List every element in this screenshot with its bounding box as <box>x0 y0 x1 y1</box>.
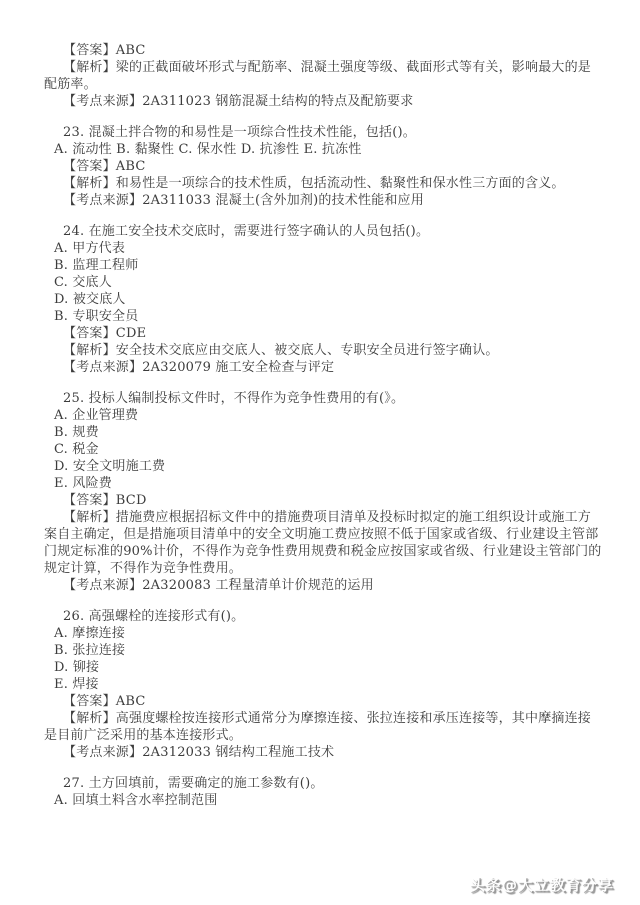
source-line: 【考点来源】2A320083 工程量清单计价规范的运用 <box>44 577 612 594</box>
option-line: A. 流动性 B. 黏聚性 C. 保水性 D. 抗渗性 E. 抗冻性 <box>44 141 612 158</box>
option-line: B. 张拉连接 <box>44 642 612 659</box>
option-line: C. 税金 <box>44 441 612 458</box>
question-line: 24. 在施工安全技术交底时，需要进行签字确认的人员包括()。 <box>44 223 612 240</box>
analysis-line: 【解析】安全技术交底应由交底人、被交底人、专职安全员进行签字确认。 <box>44 342 612 359</box>
qa-block-tail: 【答案】ABC【解析】梁的正截面破坏形式与配筋率、混凝土强度等级、截面形式等有关… <box>44 42 612 110</box>
analysis-line: 【解析】和易性是一项综合的技术性质，包括流动性、黏聚性和保水性三方面的含义。 <box>44 175 612 192</box>
question-line: 23. 混凝土拌合物的和易性是一项综合性技术性能，包括()。 <box>44 124 612 141</box>
answer-line: 【答案】BCD <box>44 492 612 509</box>
option-line: A. 甲方代表 <box>44 240 612 257</box>
watermark: 头条@大立教育分享 <box>470 874 614 895</box>
qa-block-23: 23. 混凝土拌合物的和易性是一项综合性技术性能，包括()。A. 流动性 B. … <box>44 124 612 209</box>
analysis-line: 【解析】措施费应根据招标文件中的措施费项目清单及投标时拟定的施工组织设计或施工方 <box>44 509 612 526</box>
option-line: C. 交底人 <box>44 274 612 291</box>
document-page: 【答案】ABC【解析】梁的正截面破坏形式与配筋率、混凝土强度等级、截面形式等有关… <box>0 0 640 905</box>
option-line: D. 铆接 <box>44 659 612 676</box>
option-line: E. 焊接 <box>44 676 612 693</box>
source-line: 【考点来源】2A312033 钢结构工程施工技术 <box>44 744 612 761</box>
option-line: B. 专职安全员 <box>44 308 612 325</box>
analysis-continuation-line: 规定计算，不得作为竞争性费用。 <box>44 560 612 577</box>
question-line: 25. 投标人编制投标文件时，不得作为竞争性费用的有(》。 <box>44 390 612 407</box>
answer-line: 【答案】ABC <box>44 158 612 175</box>
document-body: 【答案】ABC【解析】梁的正截面破坏形式与配筋率、混凝土强度等级、截面形式等有关… <box>44 42 612 823</box>
qa-block-26: 26. 高强螺栓的连接形式有()。A. 摩擦连接B. 张拉连接D. 铆接E. 焊… <box>44 608 612 761</box>
option-line: A. 回填土料含水率控制范围 <box>44 792 612 809</box>
option-line: E. 风险费 <box>44 475 612 492</box>
source-line: 【考点来源】2A320079 施工安全检查与评定 <box>44 359 612 376</box>
answer-line: 【答案】ABC <box>44 42 612 59</box>
qa-block-27: 27. 土方回填前，需要确定的施工参数有()。A. 回填土料含水率控制范围 <box>44 775 612 809</box>
qa-block-25: 25. 投标人编制投标文件时，不得作为竞争性费用的有(》。A. 企业管理费B. … <box>44 390 612 594</box>
option-line: A. 企业管理费 <box>44 407 612 424</box>
option-line: A. 摩擦连接 <box>44 625 612 642</box>
answer-line: 【答案】ABC <box>44 693 612 710</box>
question-line: 26. 高强螺栓的连接形式有()。 <box>44 608 612 625</box>
analysis-continuation-line: 配筋率。 <box>44 76 612 93</box>
option-line: D. 安全文明施工费 <box>44 458 612 475</box>
analysis-continuation-line: 是目前广泛采用的基本连接形式。 <box>44 727 612 744</box>
question-line: 27. 土方回填前，需要确定的施工参数有()。 <box>44 775 612 792</box>
option-line: D. 被交底人 <box>44 291 612 308</box>
analysis-line: 【解析】高强度螺栓按连接形式通常分为摩擦连接、张拉连接和承压连接等，其中摩摘连接 <box>44 710 612 727</box>
qa-block-24: 24. 在施工安全技术交底时，需要进行签字确认的人员包括()。A. 甲方代表B.… <box>44 223 612 376</box>
answer-line: 【答案】CDE <box>44 325 612 342</box>
analysis-continuation-line: 门规定标准的90%计价，不得作为竞争性费用规费和税金应按国家或省级、行业建设主管… <box>44 543 612 560</box>
source-line: 【考点来源】2A311033 混凝土(含外加剂)的技术性能和应用 <box>44 192 612 209</box>
analysis-line: 【解析】梁的正截面破坏形式与配筋率、混凝土强度等级、截面形式等有关，影响最大的是 <box>44 59 612 76</box>
option-line: B. 规费 <box>44 424 612 441</box>
analysis-continuation-line: 案自主确定，但是措施项目清单中的安全文明施工费应按照不低于国家或省级、行业建设主… <box>44 526 612 543</box>
source-line: 【考点来源】2A311023 钢筋混凝土结构的特点及配筋要求 <box>44 93 612 110</box>
option-line: B. 监理工程师 <box>44 257 612 274</box>
